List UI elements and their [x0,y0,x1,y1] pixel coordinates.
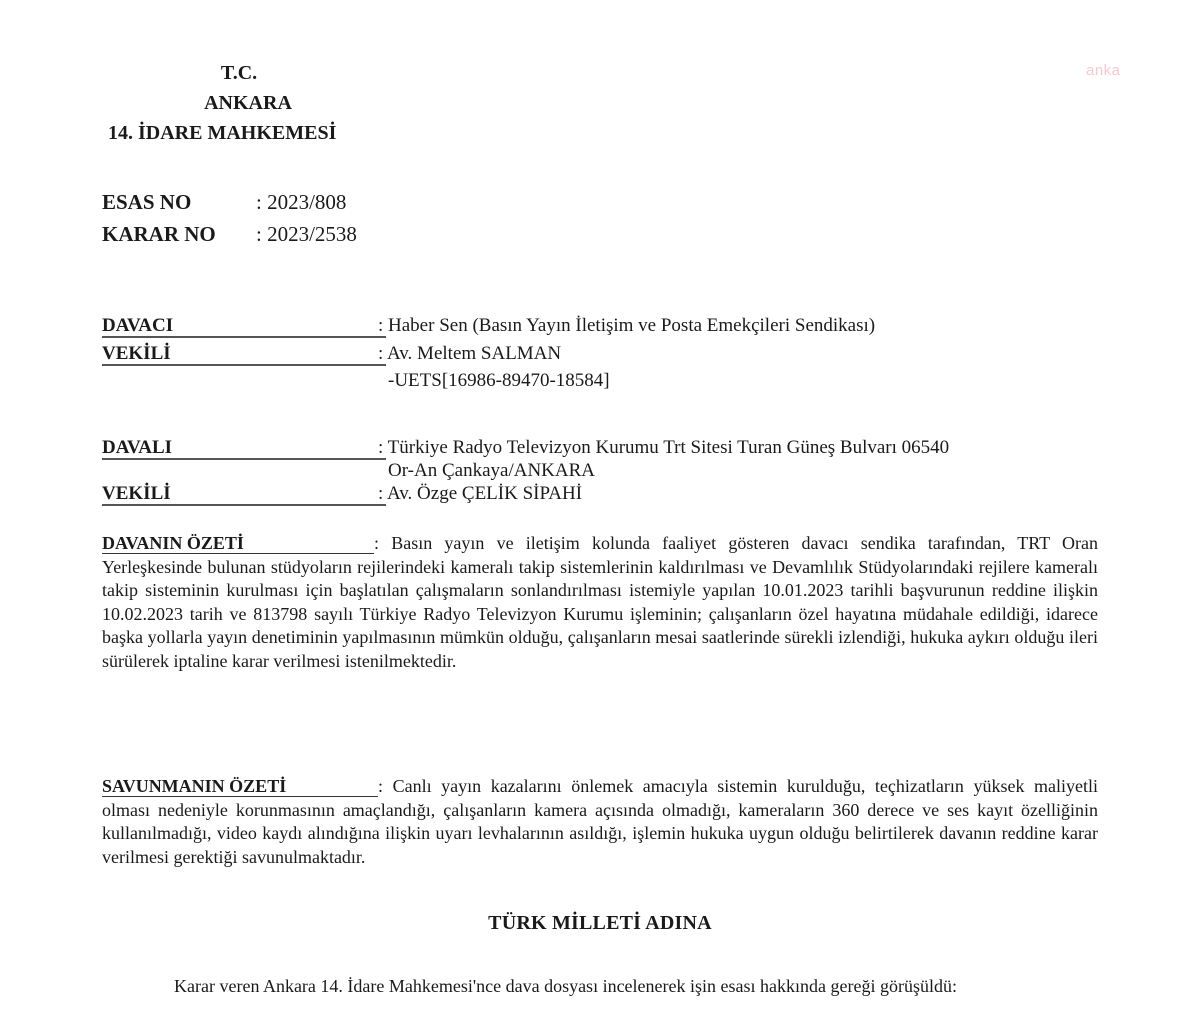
claim-summary-heading-wrap: DAVANIN ÖZETİ [102,532,374,556]
plaintiff-counsel-value: : Av. Meltem SALMAN [378,342,561,365]
case-number-row: ESAS NO : 2023/808 [102,186,357,218]
plaintiff-counsel-uets: -UETS[16986-89470-18584] [388,369,610,392]
plaintiff-counsel-row: VEKİLİ : Av. Meltem SALMAN [102,342,875,365]
defendant-counsel-row: VEKİLİ : Av. Özge ÇELİK SİPAHİ [102,482,949,505]
karar-no-value: : 2023/2538 [256,218,357,250]
esas-no-label: ESAS NO [102,186,256,218]
court-header: T.C. ANKARA 14. İDARE MAHKEMESİ [100,58,400,148]
claim-summary-heading: DAVANIN ÖZETİ [102,533,244,553]
case-number-row: KARAR NO : 2023/2538 [102,218,357,250]
defendant-address-row: Or-An Çankaya/ANKARA [102,459,949,482]
decision-title: TÜRK MİLLETİ ADINA [0,912,1200,935]
plaintiff-counsel-label: VEKİLİ [102,342,378,365]
defendant-address-cont: Or-An Çankaya/ANKARA [388,459,595,482]
defense-summary-heading-wrap: SAVUNMANIN ÖZETİ [102,775,378,799]
defense-summary-heading: SAVUNMANIN ÖZETİ [102,776,286,796]
plaintiff-value: : Haber Sen (Basın Yayın İletişim ve Pos… [378,314,875,337]
court-header-name: 14. İDARE MAHKEMESİ [108,118,396,148]
defendant-counsel-value: : Av. Özge ÇELİK SİPAHİ [378,482,582,505]
claim-summary: DAVANIN ÖZETİ : Basın yayın ve iletişim … [102,532,1098,673]
defendant-value: : Türkiye Radyo Televizyon Kurumu Trt Si… [378,436,949,459]
defendant-block: DAVALI : Türkiye Radyo Televizyon Kurumu… [102,436,949,505]
defendant-label: DAVALI [102,436,378,459]
heading-underline [102,553,374,554]
plaintiff-counsel-uets-row: -UETS[16986-89470-18584] [102,369,875,392]
heading-underline [102,796,378,797]
plaintiff-row: DAVACI : Haber Sen (Basın Yayın İletişim… [102,314,875,337]
defense-summary: SAVUNMANIN ÖZETİ : Canlı yayın kazaların… [102,775,1098,869]
court-header-tc: T.C. [94,58,384,88]
plaintiff-label: DAVACI [102,314,378,337]
case-numbers: ESAS NO : 2023/808 KARAR NO : 2023/2538 [102,186,357,250]
plaintiff-block: DAVACI : Haber Sen (Basın Yayın İletişim… [102,314,875,392]
court-header-city: ANKARA [98,88,398,118]
defendant-row: DAVALI : Türkiye Radyo Televizyon Kurumu… [102,436,949,459]
watermark-logo: anka [1086,62,1121,79]
esas-no-value: : 2023/808 [256,186,346,218]
defendant-counsel-label: VEKİLİ [102,482,378,505]
closing-paragraph: Karar veren Ankara 14. İdare Mahkemesi'n… [102,974,1098,998]
karar-no-label: KARAR NO [102,218,256,250]
